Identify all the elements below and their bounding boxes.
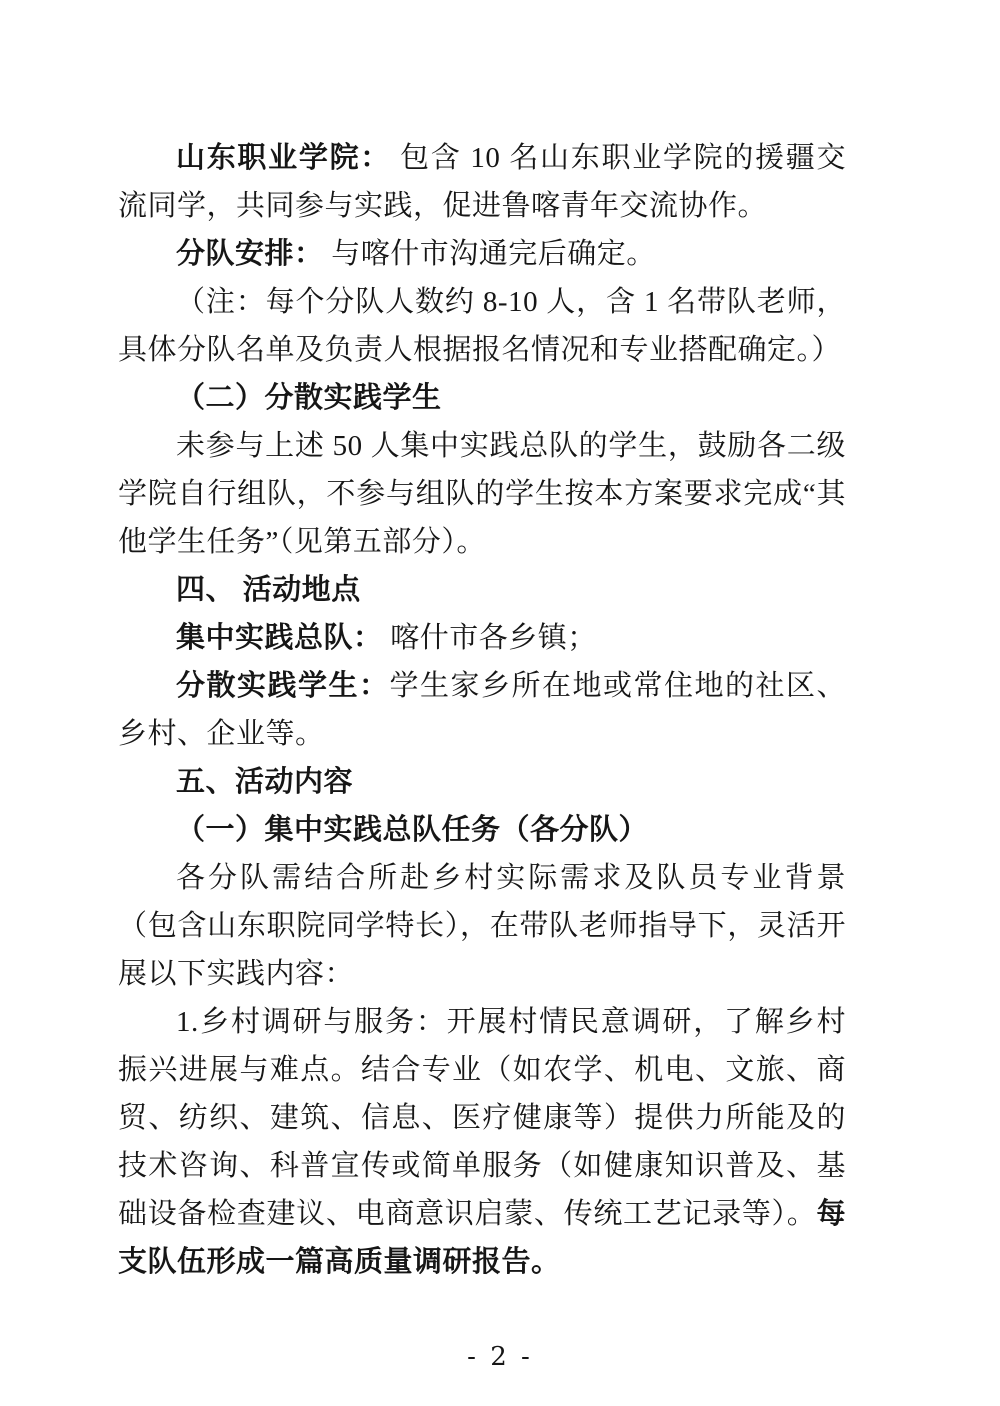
text-run: （注：每个分队人数约 8-10 人，含 1 名带队老师，具体分队名单及负责人根据… xyxy=(118,286,846,366)
document-body: 山东职业学院： 包含 10 名山东职业学院的援疆交流同学，共同参与实践，促进鲁喀… xyxy=(118,134,846,1286)
heading-section-4-location: 四、 活动地点 xyxy=(118,566,846,614)
text-run: 喀什市各乡镇； xyxy=(383,622,597,654)
text-run-bold: （二）分散实践学生 xyxy=(176,382,442,414)
para-dispersed-students: 未参与上述 50 人集中实践总队的学生，鼓励各二级学院自行组队，不参与组队的学生… xyxy=(118,422,846,566)
document-page: 山东职业学院： 包含 10 名山东职业学院的援疆交流同学，共同参与实践，促进鲁喀… xyxy=(0,0,1000,1406)
para-dispersed-location: 分散实践学生：学生家乡所在地或常住地的社区、乡村、企业等。 xyxy=(118,662,846,758)
para-note: （注：每个分队人数约 8-10 人，含 1 名带队老师，具体分队名单及负责人根据… xyxy=(118,278,846,374)
text-run-bold: 分散实践学生： xyxy=(176,670,390,702)
text-run-bold: 集中实践总队： xyxy=(176,622,383,654)
text-run: 未参与上述 50 人集中实践总队的学生，鼓励各二级学院自行组队，不参与组队的学生… xyxy=(118,430,846,558)
heading-section-5-content: 五、活动内容 xyxy=(118,758,846,806)
heading-central-team-tasks: （一）集中实践总队任务（各分队） xyxy=(118,806,846,854)
para-shandong-college: 山东职业学院： 包含 10 名山东职业学院的援疆交流同学，共同参与实践，促进鲁喀… xyxy=(118,134,846,230)
para-central-team-location: 集中实践总队： 喀什市各乡镇； xyxy=(118,614,846,662)
para-team-arrangement: 分队安排： 与喀什市沟通完后确定。 xyxy=(118,230,846,278)
text-run: 1.乡村调研与服务：开展村情民意调研，了解乡村振兴进展与难点。结合专业（如农学、… xyxy=(118,1006,846,1230)
page-number: - 2 - xyxy=(0,1342,1000,1372)
text-run-bold: 四、 活动地点 xyxy=(176,574,361,606)
para-rural-research-service: 1.乡村调研与服务：开展村情民意调研，了解乡村振兴进展与难点。结合专业（如农学、… xyxy=(118,998,846,1286)
text-run-bold: 分队安排： xyxy=(176,238,324,270)
text-run: 各分队需结合所赴乡村实际需求及队员专业背景（包含山东职院同学特长），在带队老师指… xyxy=(118,862,846,990)
text-run-bold: 五、活动内容 xyxy=(176,766,353,798)
text-run: 与喀什市沟通完后确定。 xyxy=(324,238,656,270)
para-team-requirements: 各分队需结合所赴乡村实际需求及队员专业背景（包含山东职院同学特长），在带队老师指… xyxy=(118,854,846,998)
text-run-bold: 山东职业学院： xyxy=(176,142,391,174)
text-run-bold: （一）集中实践总队任务（各分队） xyxy=(176,814,648,846)
heading-dispersed-students: （二）分散实践学生 xyxy=(118,374,846,422)
